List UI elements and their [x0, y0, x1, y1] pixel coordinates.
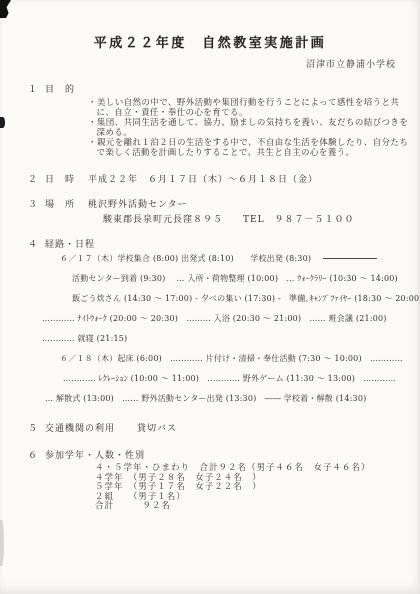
itinerary-line: ………… ﾚｸﾚｰｼｮﾝ (10:00 ～ 11:00) ………… 野外ゲーム …: [63, 374, 420, 383]
section-datetime-heading: ２日 時平成２２年 ６月１７日（木）～６月１８日（金）: [0, 172, 420, 185]
location-name: 桃沢野外活動センター: [88, 197, 188, 210]
scan-artifact-left-edge: [0, 117, 5, 128]
datetime-value: 平成２２年 ６月１７日（木）～６月１８日（金）: [88, 172, 318, 185]
section-label: 日 時: [45, 172, 88, 185]
section-number: ２: [28, 172, 45, 185]
itinerary-line: ６／１７（木）学校集合 (8:00) 出発式 (8:10) 学校出発 (8:30…: [60, 254, 420, 263]
section-number: １: [28, 82, 45, 95]
section-number: ６: [28, 448, 45, 461]
page-title: 平成２２年度 自然教室実施計画: [0, 0, 420, 51]
section-label: 参加学年・人数・性別: [45, 448, 145, 461]
itinerary-line: 活動センター到着 (9:30) … 入所・荷物整理 (10:00) … ｳｫｰｸ…: [72, 274, 420, 283]
itinerary-line: 飯ごう炊さん (14:30 ～ 17:00) - 夕べの集い (17:30) -…: [72, 294, 420, 303]
section-label: 交通機関の利用: [45, 421, 115, 434]
itinerary-line: ６／１８（木）起床 (6:00) ………… 片付け・清掃・奉仕活動 (7:30 …: [60, 354, 420, 363]
section-participants-heading: ６参加学年・人数・性別: [0, 448, 420, 461]
itinerary-schedule: ６／１７（木）学校集合 (8:00) 出発式 (8:10) 学校出発 (8:30…: [0, 254, 420, 403]
itinerary-line: ………… ﾅｲﾄｳｫｰｸ (20:00 ～ 20:30) ……… 入浴 (20:…: [42, 314, 420, 323]
purpose-bullet-list: ・美しい自然の中で、野外活動や集団行動を行うことによって感性を培うと共に、自立・…: [88, 98, 410, 158]
purpose-bullet: ・美しい自然の中で、野外活動や集団行動を行うことによって感性を培うと共に、自立・…: [88, 98, 410, 118]
location-address: 駿東郡長泉町元長窪８９５ TEL ９８７－５１００: [103, 212, 420, 225]
itinerary-line-text: ６／１７（木）学校集合 (8:00) 出発式 (8:10) 学校出発 (8:30…: [60, 254, 311, 263]
section-purpose-heading: １目 的: [0, 82, 420, 95]
section-itinerary-heading: ４経路・日程: [0, 237, 420, 250]
section-label: 目 的: [45, 82, 88, 95]
section-transport-heading: ５交通機関の利用貸切バス: [0, 421, 420, 434]
section-label: 経路・日程: [45, 237, 95, 250]
section-location-heading: ３場 所桃沢野外活動センター: [0, 197, 420, 210]
route-connector-line: [323, 258, 377, 259]
purpose-bullet: ・親元を離れ１泊２日の生活をする中で、不自由な生活を体験したり、自分たちで楽しく…: [88, 138, 410, 158]
section-label: 場 所: [45, 197, 88, 210]
participants-list: ４・５学年・ひまわり 合計９２名（男子４６名 女子４６名） ４学年 （男子２８名…: [95, 464, 420, 512]
purpose-bullet: ・集団、共同生活を通して、協力、励ましの気持ちを養い、友だちの結びつきを深める。: [88, 118, 410, 138]
transport-value: 貸切バス: [137, 421, 177, 434]
section-number: ４: [28, 237, 45, 250]
scan-artifact-smudge: [0, 520, 4, 566]
document-page: 平成２２年度 自然教室実施計画 沼津市立静浦小学校 １目 的 ・美しい自然の中で…: [0, 0, 420, 594]
section-number: ５: [28, 421, 45, 434]
school-name: 沼津市立静浦小学校: [0, 57, 420, 70]
participants-row: 合計 ９２名: [95, 502, 420, 512]
itinerary-line: ………… 就寝 (21:15): [42, 334, 420, 343]
section-number: ３: [28, 197, 45, 210]
itinerary-line: … 解散式 (13:00) …… 野外活動センター出発 (13:30) ―― 学…: [45, 394, 420, 403]
